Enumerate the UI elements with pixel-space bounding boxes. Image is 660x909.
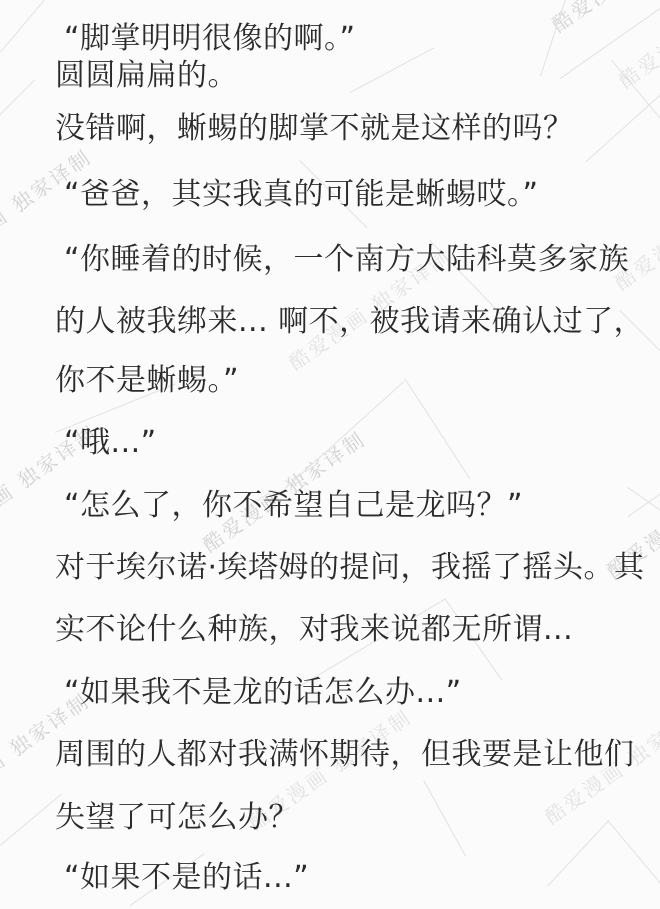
text-line: “你睡着的时候，一个南方大陆科莫多家族 xyxy=(64,243,629,277)
text-line: “如果不是的话...” xyxy=(64,861,309,895)
text-line: “如果我不是龙的话怎么办...” xyxy=(64,676,462,710)
text-line: 失望了可怎么办？ xyxy=(55,801,299,835)
text-line: 对于埃尔诺·埃塔姆的提问，我摇了摇头。其 xyxy=(55,551,645,585)
text-line: “怎么了，你不希望自己是龙吗？” xyxy=(64,489,523,523)
text-line: 没错啊，蜥蜴的脚掌不就是这样的吗？ xyxy=(55,112,574,146)
text-line: 的人被我绑来... 啊不，被我请来确认过了， xyxy=(55,305,644,339)
text-line: 你不是蜥蜴。” xyxy=(55,364,239,398)
text-line: “脚掌明明很像的啊。” xyxy=(64,22,356,56)
text-line: 实不论什么种族，对我来说都无所谓... xyxy=(55,613,573,647)
novel-reader-page: 酷爱漫画 独家译制 酷爱漫画 独家译制 酷爱漫画 独家译制 酷爱漫画 独家译制 … xyxy=(0,0,660,909)
text-line: 周围的人都对我满怀期待，但我要是让他们 xyxy=(55,738,635,772)
text-line: “哦...” xyxy=(64,426,157,460)
text-line: “爸爸，其实我真的可能是蜥蜴哎。” xyxy=(64,178,539,212)
novel-text: “脚掌明明很像的啊。” 圆圆扁扁的。 没错啊，蜥蜴的脚掌不就是这样的吗？ “爸爸… xyxy=(0,0,660,909)
text-line: 圆圆扁扁的。 xyxy=(55,59,238,93)
